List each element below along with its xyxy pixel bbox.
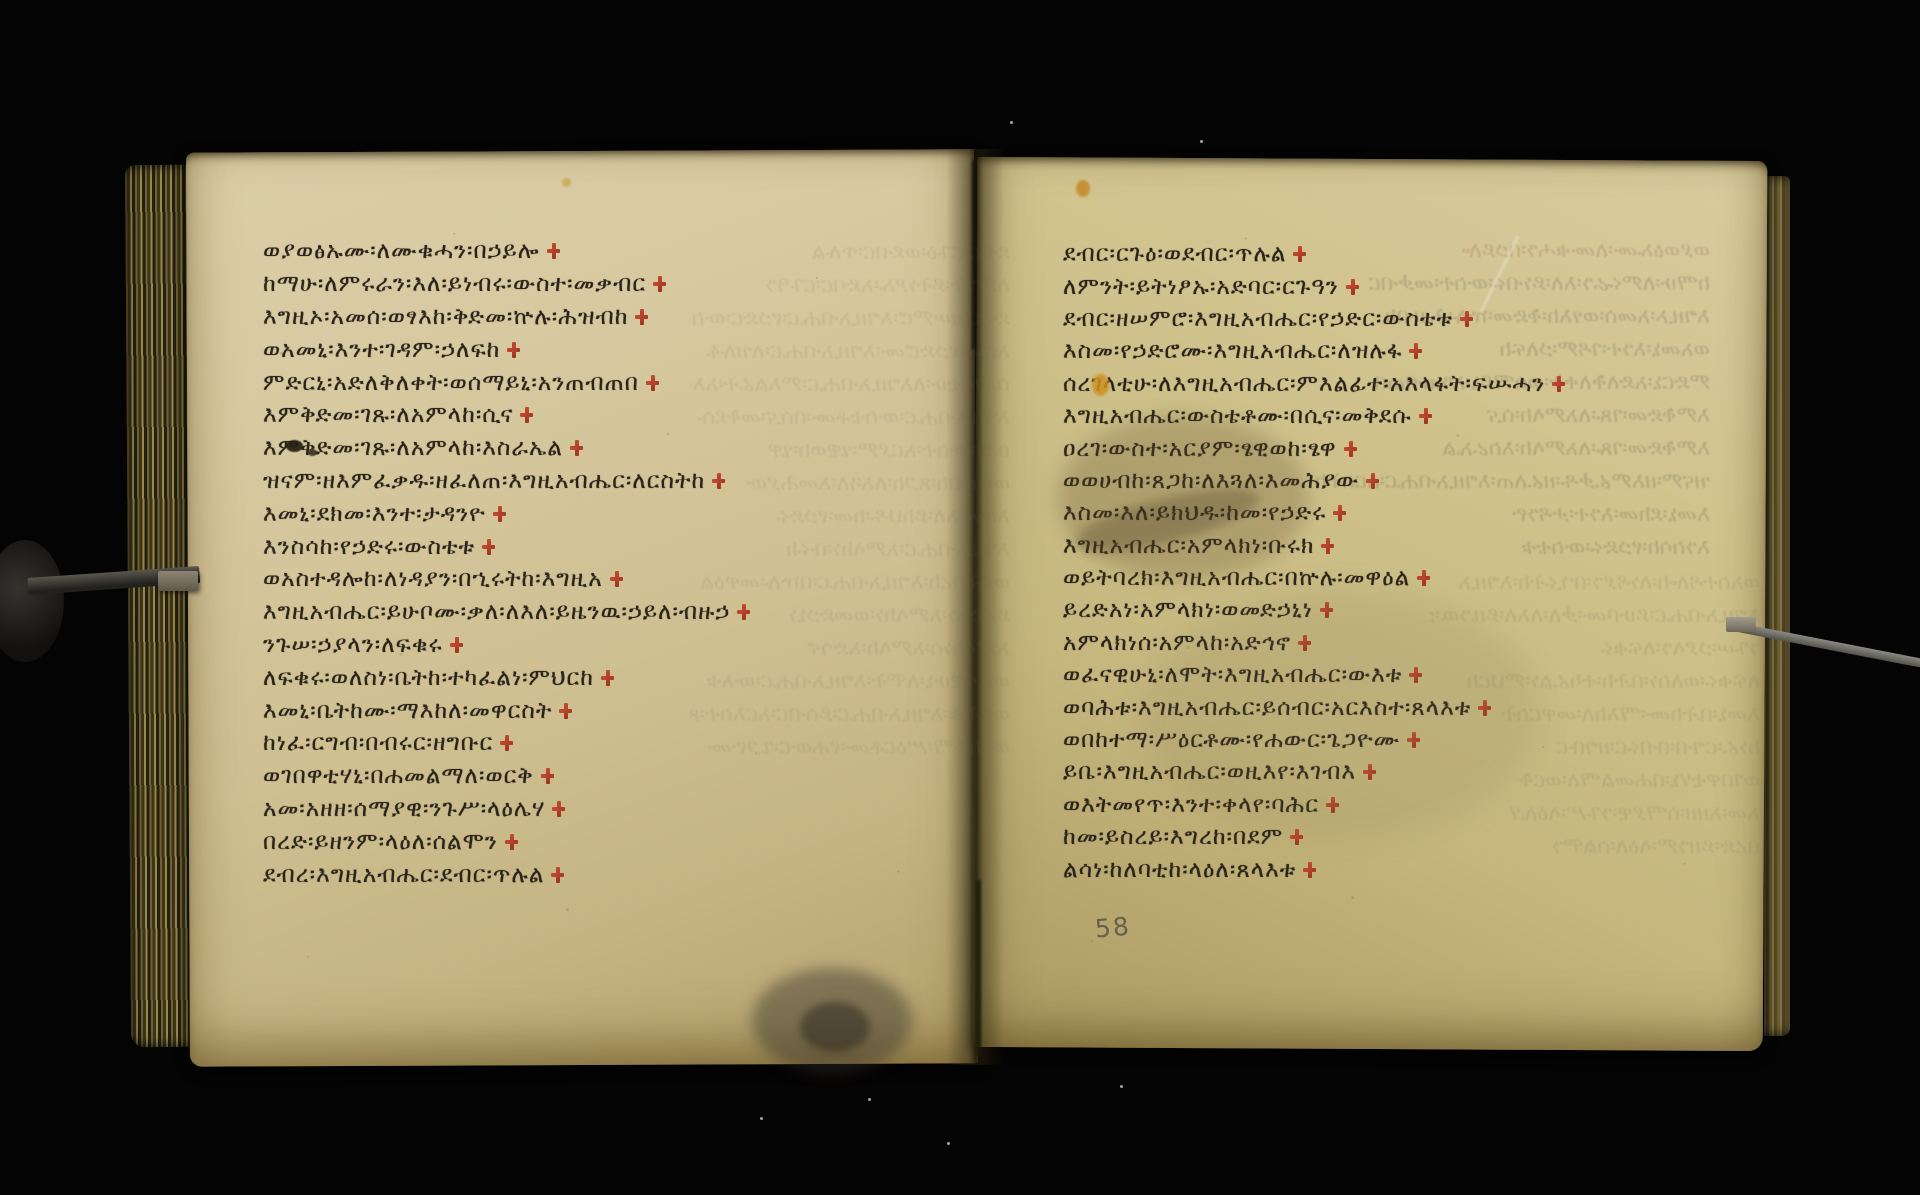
geez-text: ወወሀብከ፡ጸጋከ፡ለእጓለ፡እመሕያው: [1063, 468, 1359, 494]
geez-text: እግዚኦ፡አመሰ፡ወፃእከ፡ቅድመ፡ኵሉ፡ሕዝብከ: [263, 304, 628, 330]
section-mark-icon: [541, 768, 554, 784]
section-mark-icon: [1344, 441, 1357, 457]
section-mark-icon: [500, 735, 513, 751]
section-mark-icon: [1298, 635, 1311, 651]
text-line: እመኒ፡ደክመ፡እንተ፡ታዳንዮ: [263, 497, 750, 530]
text-line: እግዚአብሔር፡ውስቴቶሙ፡በሲና፡መቅደሱ: [1063, 400, 1565, 432]
geez-text: ይቤ፡እግዚአብሔር፡ወዚእየ፡እገብእ: [1063, 759, 1356, 785]
text-line: ሰረገላቲሁ፡ለእግዚአብሔር፡ምእልፊተ፡አእላፋት፡ፍሡሓን: [1063, 368, 1565, 400]
text-line: ከነፈ፡ርግብ፡በብሩር፡ዘግቡር: [263, 727, 750, 760]
text-line: እግዚኦ፡አመሰ፡ወፃእከ፡ቅድመ፡ኵሉ፡ሕዝብከ: [263, 301, 750, 334]
text-line: ይረድአነ፡አምላክነ፡ወመድኃኒነ: [1063, 594, 1565, 626]
text-line: ወእትመየጥ፡እንተ፡ቀላየ፡ባሕር: [1063, 789, 1565, 821]
section-mark-icon: [712, 473, 725, 489]
text-line: አምላክነሰ፡አምላከ፡አድኅኖ: [1063, 627, 1565, 659]
text-line: ደብር፡ርጉዕ፡ወደብር፡ጥሉል: [1063, 238, 1565, 270]
section-mark-icon: [570, 440, 583, 456]
section-mark-icon: [1552, 376, 1565, 392]
geez-text: ንጉሠ፡ኃያላን፡ለፍቁሩ: [263, 632, 443, 658]
text-line: እግዚአብሔር፡አምላክነ፡ቡሩክ: [1063, 530, 1565, 562]
text-line: ይቤ፡እግዚአብሔር፡ወዚእየ፡እገብእ: [1063, 756, 1565, 788]
clamp-base-left: [0, 540, 64, 662]
geez-text: ወይትባረክ፡እግዚአብሔር፡በኵሉ፡መዋዕል: [1063, 565, 1410, 591]
text-line: እመኒ፡ቤትከሙ፡ማእከለ፡መዋርስት: [263, 694, 750, 727]
gutter-crease: [976, 880, 981, 1056]
text-line: ዐረገ፡ውስተ፡አርያም፡ፄዊወከ፡ፄዋ: [1063, 432, 1565, 464]
geez-text: እንስሳከ፡የኃድሩ፡ውስቴቱ: [263, 534, 475, 560]
geez-text: እመኒ፡ቤትከሙ፡ማእከለ፡መዋርስት: [263, 698, 552, 724]
text-line: ወአስተዳሎከ፡ለነዳያን፡በኂሩትከ፡እግዚአ: [263, 563, 750, 596]
text-line: ወአመኒ፡እንተ፡ገዳም፡ኃለፍከ: [263, 333, 750, 366]
text-line: ከመ፡ይስረይ፡እግረከ፡በደም: [1063, 821, 1565, 853]
section-mark-icon: [601, 670, 614, 686]
section-mark-icon: [482, 539, 495, 555]
text-line: አመ፡አዘዘ፡ሰማያዊ፡ንጉሥ፡ላዕሌሃ: [263, 793, 750, 826]
metal-clamp-left-tip: [158, 571, 198, 591]
section-mark-icon: [1460, 311, 1473, 327]
text-line: ደብረ፡እግዚአብሔር፡ደብር፡ጥሉል: [263, 858, 750, 891]
text-line: ደብር፡ዘሠምሮ፡እግዚአብሔር፡የኃድር፡ውስቴቱ: [1063, 303, 1565, 335]
section-mark-icon: [507, 342, 520, 358]
section-mark-icon: [1321, 538, 1334, 554]
text-line: ምድርኒ፡አድለቅለቀት፡ወሰማይኒ፡አንጠብጠበ: [263, 366, 750, 399]
section-mark-icon: [547, 243, 560, 259]
geez-text: ወበከተማ፡ሥዕርቶሙ፡የሐውር፡ጌጋዮሙ: [1063, 727, 1400, 753]
dust-speck: [760, 1117, 763, 1120]
left-page-text: ወያወፅኡሙ፡ለሙቁሓን፡በኃይሎ ከማሁ፡ለምሩራን፡እለ፡ይነብሩ፡ውስተ፡…: [263, 235, 750, 891]
section-mark-icon: [635, 309, 648, 325]
geez-text: ምድርኒ፡አድለቅለቀት፡ወሰማይኒ፡አንጠብጠበ: [263, 370, 639, 396]
geez-text: ወገበዋቲሃኒ፡በሐመልማለ፡ወርቅ: [263, 763, 534, 789]
geez-text: ወአስተዳሎከ፡ለነዳያን፡በኂሩትከ፡እግዚአ: [263, 566, 603, 592]
text-line: እንስሳከ፡የኃድሩ፡ውስቴቱ: [263, 530, 750, 563]
dust-speck: [947, 1142, 950, 1145]
geez-text: ልሳነ፡ከለባቲከ፡ላዕለ፡ጸላእቱ: [1063, 857, 1296, 883]
geez-text: እስመ፡የኃድሮሙ፡እግዚአብሔር፡ለዝሉፋ: [1063, 338, 1402, 364]
dust-speck: [1120, 1085, 1123, 1088]
section-mark-icon: [1478, 700, 1491, 716]
geez-text: በረድ፡ይዘንም፡ላዕለ፡ሰልሞን: [263, 829, 498, 855]
geez-text: እግዚአብሔር፡አምላክነ፡ቡሩክ: [1063, 533, 1314, 559]
text-line: እምቅድመ፡ገጹ፡ለአምላከ፡ሲና: [263, 399, 750, 432]
text-line: ዝናም፡ዘእምፈቃዱ፡ዘፈለጠ፡እግዚአብሔር፡ለርስትከ: [263, 465, 750, 498]
section-mark-icon: [646, 375, 659, 391]
text-line: ወፈናዊሁኒ፡ለሞት፡እግዚአብሔር፡ውእቱ: [1063, 659, 1565, 691]
right-page-text: ደብር፡ርጉዕ፡ወደብር፡ጥሉል ለምንት፡ይትነፆኡ፡አድባር፡ርጉዓን ደብ…: [1063, 238, 1565, 886]
geez-text: ዐረገ፡ውስተ፡አርያም፡ፄዊወከ፡ፄዋ: [1063, 436, 1337, 462]
geez-text: አመ፡አዘዘ፡ሰማያዊ፡ንጉሥ፡ላዕሌሃ: [263, 796, 545, 822]
text-line: ልሳነ፡ከለባቲከ፡ላዕለ፡ጸላእቱ: [1063, 853, 1565, 885]
text-line: እምቅድመ፡ገጹ፡ለአምላከ፡እስራኤል: [263, 432, 750, 465]
section-mark-icon: [1346, 279, 1359, 295]
metal-clamp-right-tip: [1726, 617, 1756, 632]
section-mark-icon: [1366, 473, 1379, 489]
section-mark-icon: [1320, 602, 1333, 618]
geez-text: እስመ፡እለ፡ይክህዱ፡ከመ፡የኃድሩ: [1063, 500, 1326, 526]
section-mark-icon: [559, 703, 572, 719]
text-line: ወበከተማ፡ሥዕርቶሙ፡የሐውር፡ጌጋዮሙ: [1063, 724, 1565, 756]
text-line: እስመ፡እለ፡ይክህዱ፡ከመ፡የኃድሩ: [1063, 497, 1565, 529]
section-mark-icon: [551, 867, 564, 883]
text-line: እስመ፡የኃድሮሙ፡እግዚአብሔር፡ለዝሉፋ: [1063, 335, 1565, 367]
page-number: 58: [1094, 911, 1132, 943]
geez-text: ሰረገላቲሁ፡ለእግዚአብሔር፡ምእልፊተ፡አእላፋት፡ፍሡሓን: [1063, 371, 1545, 397]
text-line: እግዚአብሔር፡ይሁቦሙ፡ቃለ፡ለእለ፡ይዜንዉ፡ኃይለ፡ብዙኃ: [263, 596, 750, 629]
geez-text: ለፍቁሩ፡ወለስነ፡ቤትከ፡ተካፈልነ፡ምህርከ: [263, 665, 594, 691]
section-mark-icon: [450, 637, 463, 653]
section-mark-icon: [1290, 829, 1303, 845]
text-line: ወባሕቱ፡እግዚአብሔር፡ይሰብር፡አርእስተ፡ጸላእቱ: [1063, 691, 1565, 723]
text-line: ወይትባረክ፡እግዚአብሔር፡በኵሉ፡መዋዕል: [1063, 562, 1565, 594]
section-mark-icon: [1333, 505, 1346, 521]
section-mark-icon: [1419, 408, 1432, 424]
geez-text: እግዚአብሔር፡ይሁቦሙ፡ቃለ፡ለእለ፡ይዜንዉ፡ኃይለ፡ብዙኃ: [263, 599, 730, 625]
text-line: ንጉሠ፡ኃያላን፡ለፍቁሩ: [263, 629, 750, 662]
section-mark-icon: [493, 506, 506, 522]
section-mark-icon: [1303, 862, 1316, 878]
geez-text: ለምንት፡ይትነፆኡ፡አድባር፡ርጉዓን: [1063, 274, 1339, 300]
geez-text: ወአመኒ፡እንተ፡ገዳም፡ኃለፍከ: [263, 337, 500, 363]
section-mark-icon: [1326, 797, 1339, 813]
geez-text: ወያወፅኡሙ፡ለሙቁሓን፡በኃይሎ: [263, 238, 540, 264]
geez-text: ዝናም፡ዘእምፈቃዱ፡ዘፈለጠ፡እግዚአብሔር፡ለርስትከ: [263, 468, 705, 494]
fore-edge-right-page-stack: [1764, 176, 1790, 1036]
geez-text: ከመ፡ይስረይ፡እግረከ፡በደም: [1063, 824, 1283, 850]
geez-text: እምቅድመ፡ገጹ፡ለአምላከ፡ሲና: [263, 402, 513, 428]
section-mark-icon: [505, 834, 518, 850]
geez-text: እግዚአብሔር፡ውስቴቶሙ፡በሲና፡መቅደሱ: [1063, 403, 1412, 429]
geez-text: ደብር፡ርጉዕ፡ወደብር፡ጥሉል: [1063, 241, 1286, 267]
text-line: ወወሀብከ፡ጸጋከ፡ለእጓለ፡እመሕያው: [1063, 465, 1565, 497]
section-mark-icon: [653, 276, 666, 292]
section-mark-icon: [1407, 732, 1420, 748]
section-mark-icon: [1293, 246, 1306, 262]
geez-text: ይረድአነ፡አምላክነ፡ወመድኃኒነ: [1063, 597, 1313, 623]
section-mark-icon: [1363, 764, 1376, 780]
geez-text: ደብረ፡እግዚአብሔር፡ደብር፡ጥሉል: [263, 862, 544, 888]
section-mark-icon: [520, 407, 533, 423]
geez-text: እመኒ፡ደክመ፡እንተ፡ታዳንዮ: [263, 501, 486, 527]
geez-text: ከነፈ፡ርግብ፡በብሩር፡ዘግቡር: [263, 730, 493, 756]
text-line: ወገበዋቲሃኒ፡በሐመልማለ፡ወርቅ: [263, 760, 750, 793]
section-mark-icon: [737, 604, 750, 620]
section-mark-icon: [1409, 343, 1422, 359]
section-mark-icon: [1409, 667, 1422, 683]
geez-text: ወባሕቱ፡እግዚአብሔር፡ይሰብር፡አርእስተ፡ጸላእቱ: [1063, 695, 1471, 721]
text-line: ከማሁ፡ለምሩራን፡እለ፡ይነብሩ፡ውስተ፡መቃብር: [263, 268, 750, 301]
gutter-crease: [972, 160, 976, 350]
geez-text: እምቅድመ፡ገጹ፡ለአምላከ፡እስራኤል: [263, 435, 563, 461]
manuscript-photo: ደብር፡ርጉዕ፡ወደብር፡ጥሉል ለምንት፡ይትነፆኡ፡አድባር፡ርጉዓን ደብ…: [0, 0, 1920, 1195]
text-line: ለምንት፡ይትነፆኡ፡አድባር፡ርጉዓን: [1063, 270, 1565, 302]
section-mark-icon: [1417, 570, 1430, 586]
geez-text: ከማሁ፡ለምሩራን፡እለ፡ይነብሩ፡ውስተ፡መቃብር: [263, 271, 646, 297]
dust-speck: [1200, 140, 1203, 143]
fore-edge-left-page-stack: [125, 165, 195, 1047]
section-mark-icon: [610, 571, 623, 587]
text-line: ወያወፅኡሙ፡ለሙቁሓን፡በኃይሎ: [263, 235, 750, 268]
dust-speck: [1010, 121, 1013, 124]
geez-text: ወፈናዊሁኒ፡ለሞት፡እግዚአብሔር፡ውእቱ: [1063, 662, 1402, 688]
geez-text: ደብር፡ዘሠምሮ፡እግዚአብሔር፡የኃድር፡ውስቴቱ: [1063, 306, 1453, 332]
geez-text: አምላክነሰ፡አምላከ፡አድኅኖ: [1063, 630, 1291, 656]
dust-speck: [868, 1098, 871, 1101]
section-mark-icon: [552, 801, 565, 817]
text-line: በረድ፡ይዘንም፡ላዕለ፡ሰልሞን: [263, 825, 750, 858]
text-line: ለፍቁሩ፡ወለስነ፡ቤትከ፡ተካፈልነ፡ምህርከ: [263, 661, 750, 694]
geez-text: ወእትመየጥ፡እንተ፡ቀላየ፡ባሕር: [1063, 792, 1319, 818]
